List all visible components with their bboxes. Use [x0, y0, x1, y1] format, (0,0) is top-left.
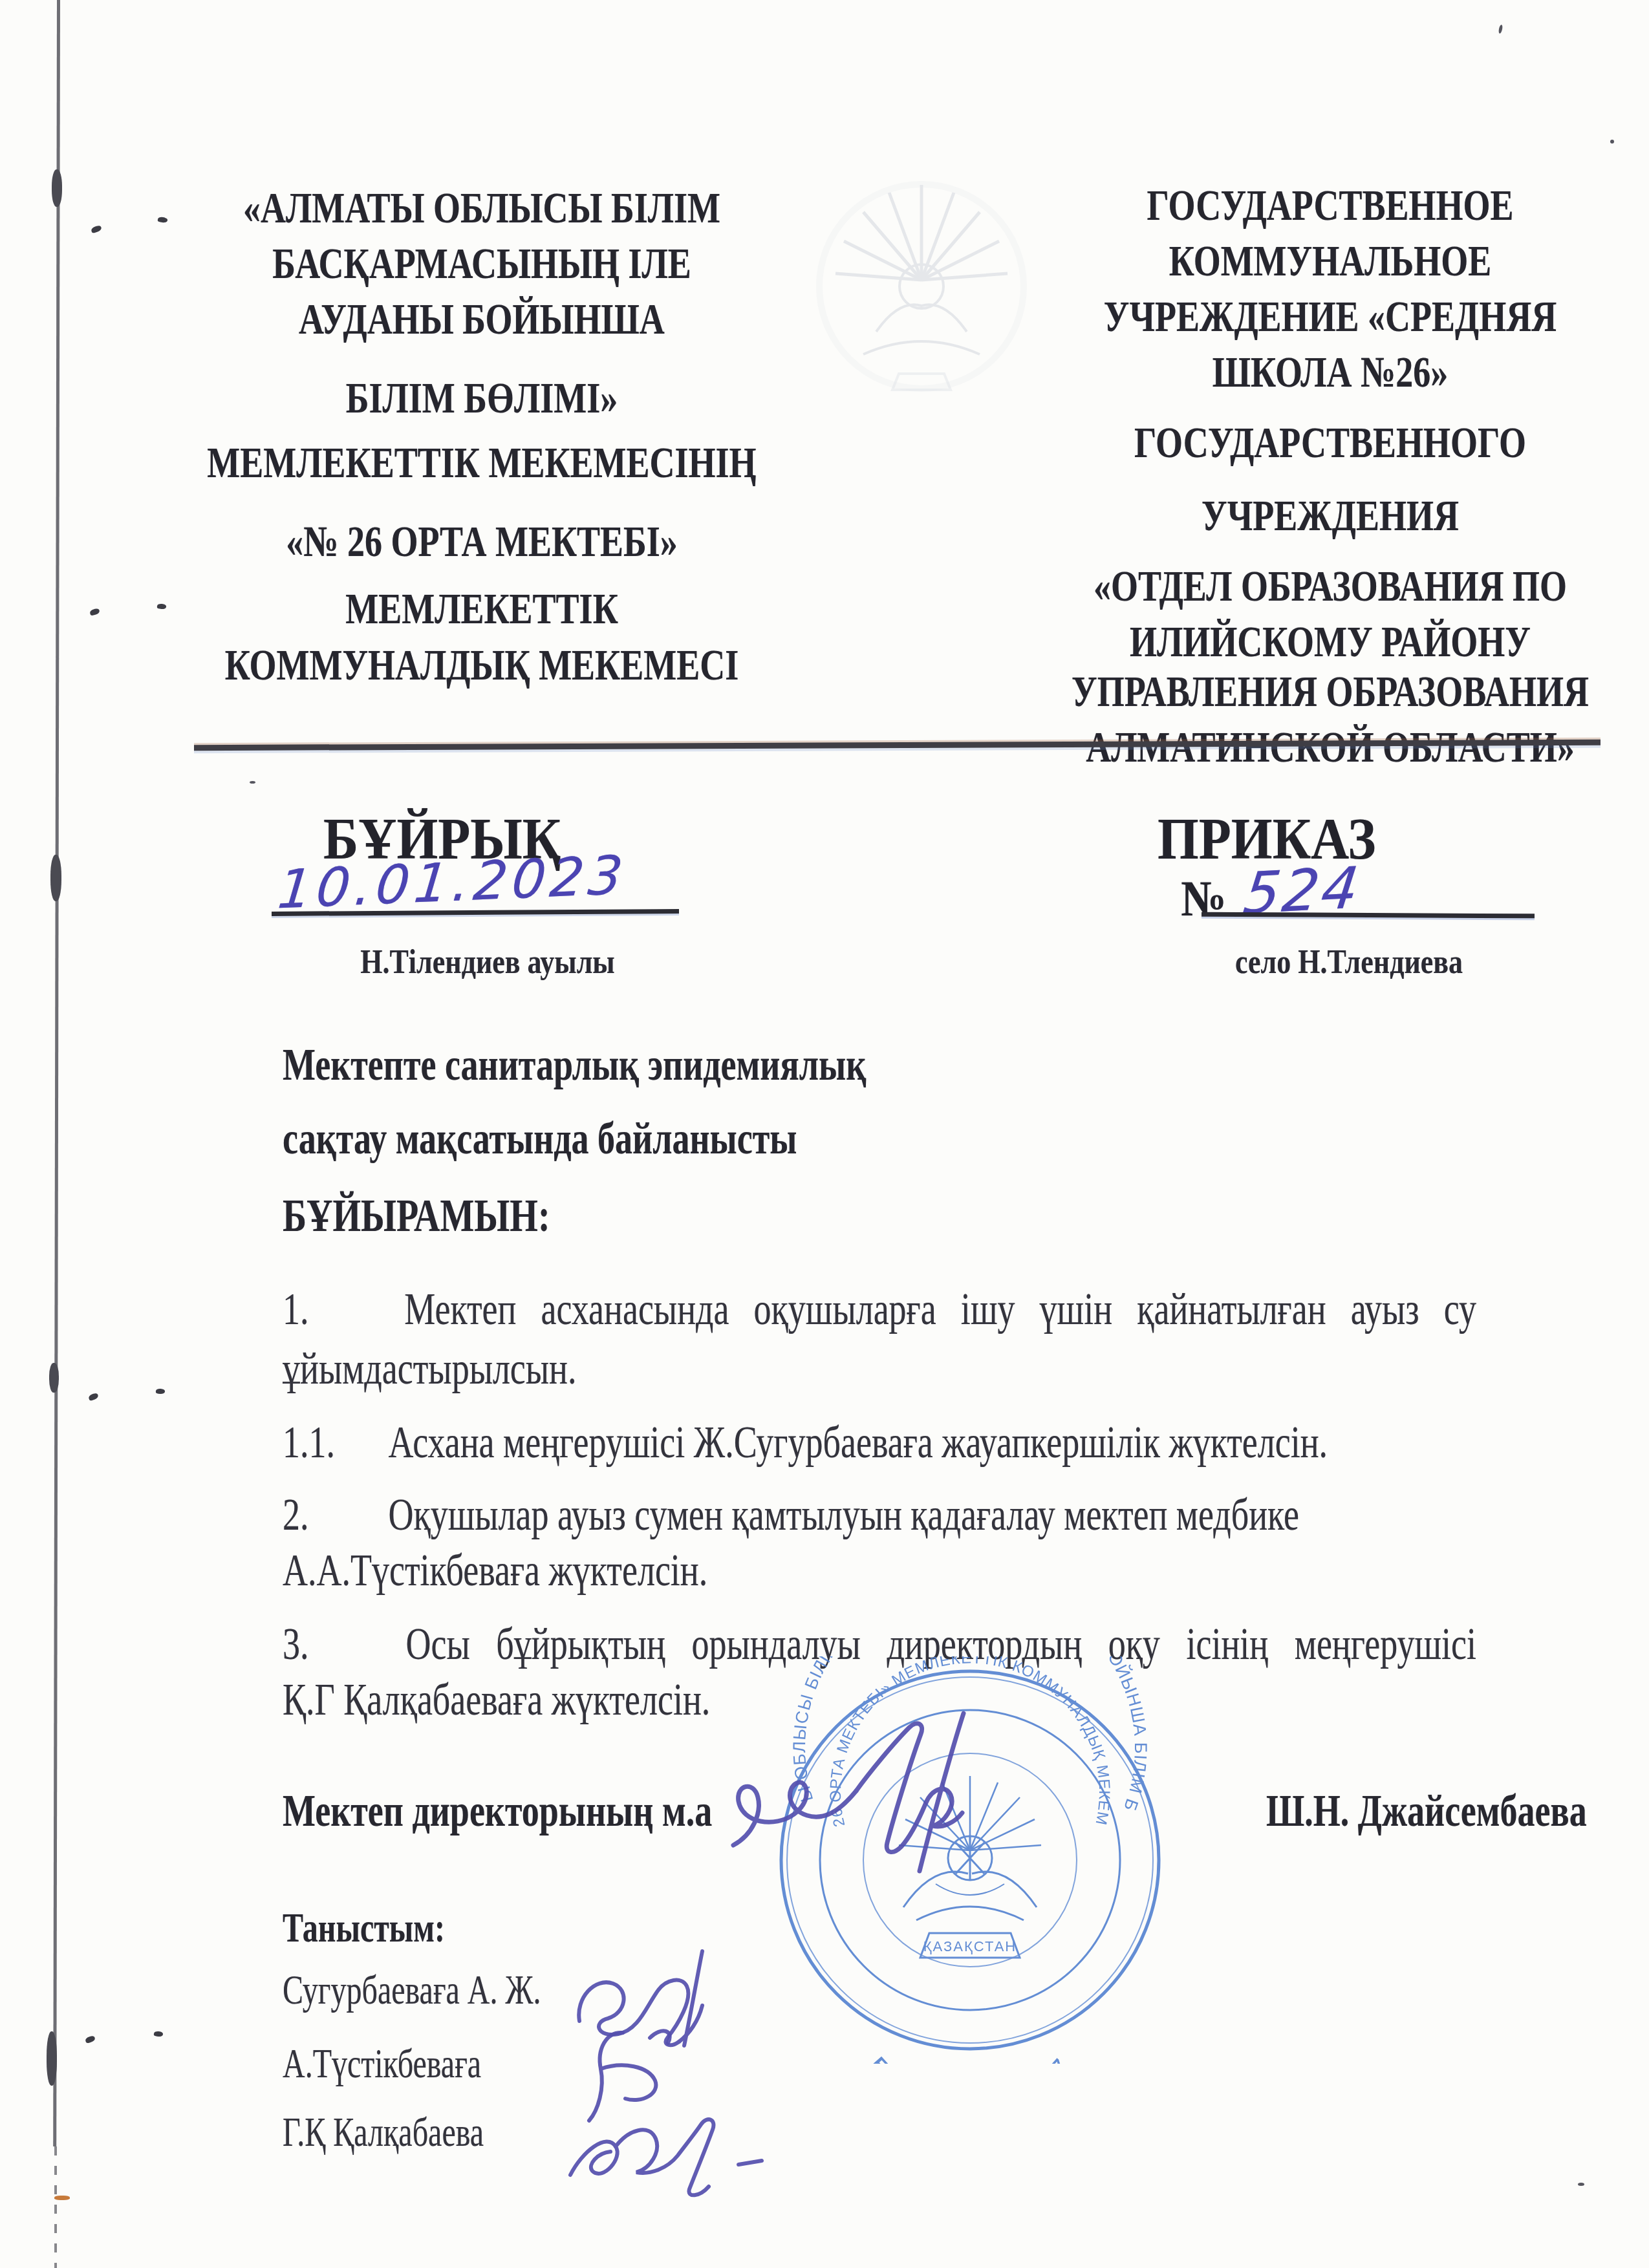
scan-speck	[156, 1388, 166, 1394]
order-item-1-line-1: 1. Мектеп асханасында оқушыларға ішу үші…	[283, 1287, 1476, 1332]
org-kk-line: МЕМЛЕКЕТТІК	[194, 587, 770, 631]
org-kk-line: БАСҚАРМАСЫНЫҢ ІЛЕ	[194, 242, 770, 286]
scan-speck	[91, 225, 102, 234]
ack-name-2: А.Түстікбеваға	[283, 2044, 1476, 2084]
ack-name-3: Г.Қ Қалқабаева	[283, 2113, 1476, 2153]
scan-speck	[157, 217, 167, 223]
place-kk: Н.Тілендиев ауылы	[294, 945, 682, 979]
state-emblem-watermark	[802, 167, 1041, 406]
org-kk-line: БІЛІМ БӨЛІМІ»	[194, 376, 770, 420]
director-name: Ш.Н. Джайсембаева	[1266, 1788, 1628, 1834]
scan-speck	[89, 608, 100, 616]
scan-speck	[1610, 140, 1614, 144]
scanned-order-document: «АЛМАТЫ ОБЛЫСЫ БІЛІМ БАСҚАРМАСЫНЫҢ ІЛЕ А…	[0, 0, 1649, 2268]
order-item-1-line-2: ұйымдастырылсын.	[283, 1346, 1476, 1391]
org-ru-line: УЧРЕЖДЕНИЯ	[1029, 494, 1631, 538]
ack-signature-3	[556, 2092, 776, 2202]
scan-speck	[157, 603, 167, 610]
org-ru-line: УПРАВЛЕНИЯ ОБРАЗОВАНИЯ	[1029, 670, 1631, 714]
org-kk-line: МЕМЛЕКЕТТІК МЕКЕМЕСІНІҢ	[194, 441, 770, 485]
scan-binding-line-dashed	[54, 2146, 57, 2268]
subject-line-2: сақтау мақсатында байланысты	[283, 1116, 1476, 1161]
item-text: Мектеп асханасында оқушыларға ішу үшін қ…	[404, 1284, 1476, 1334]
org-ru-line: ГОСУДАРСТВЕННОГО	[1029, 421, 1631, 465]
scan-speck	[250, 781, 255, 784]
order-item-2-line-1: 2. Оқушылар ауыз сумен қамтылуын қадағал…	[283, 1492, 1476, 1537]
order-item-1-1: 1.1. Асхана меңгерушісі Ж.Сугурбаеваға ж…	[283, 1420, 1476, 1465]
item-number: 2.	[283, 1492, 380, 1537]
scan-speck	[88, 1393, 99, 1402]
org-kk-line: «№ 26 ОРТА МЕКТЕБІ»	[194, 520, 770, 564]
org-kk-line: КОММУНАЛДЫҚ МЕКЕМЕСІ	[194, 643, 770, 687]
scan-speck	[1578, 2183, 1584, 2186]
ack-label: Таныстым:	[283, 1909, 1476, 1949]
org-kk-line: АУДАНЫ БОЙЫНША	[194, 297, 770, 341]
item-number: 1.	[283, 1287, 380, 1332]
org-ru-line: АЛМАТИНСКОЙ ОБЛАСТИ»	[1029, 725, 1631, 769]
number-sign: №	[1181, 874, 1226, 925]
place-ru: село Н.Тлендиева	[1155, 945, 1543, 979]
item-text: Оқушылар ауыз сумен қамтылуын қадағалау …	[389, 1490, 1299, 1540]
scan-speck	[85, 2035, 96, 2044]
item-number: 1.1.	[283, 1420, 380, 1465]
scan-speck	[153, 2031, 163, 2037]
subject-line-1: Мектепте санитарлық эпидемиялық	[283, 1042, 1476, 1087]
org-kk-line: «АЛМАТЫ ОБЛЫСЫ БІЛІМ	[194, 186, 770, 230]
org-ru-line: ШКОЛА №26»	[1029, 350, 1631, 394]
scan-blob	[52, 169, 62, 207]
item-number: 3.	[283, 1621, 380, 1667]
scan-blob	[49, 1363, 59, 1393]
org-ru-line: ГОСУДАРСТВЕННОЕ	[1029, 184, 1631, 228]
org-ru-line: ИЛИЙСКОМУ РАЙОНУ	[1029, 620, 1631, 664]
item-text: Асхана меңгерушісі Ж.Сугурбаеваға жауапк…	[389, 1417, 1328, 1468]
ack-name-1: Сугурбаеваға А. Ж.	[283, 1971, 1476, 2011]
org-ru-line: «ОТДЕЛ ОБРАЗОВАНИЯ ПО	[1029, 564, 1631, 608]
org-ru-line: КОММУНАЛЬНОЕ	[1029, 239, 1631, 283]
order-item-2-line-2: А.А.Түстікбеваға жүктелсін.	[283, 1548, 1476, 1593]
scan-blob	[47, 2031, 57, 2086]
org-ru-line: УЧРЕЖДЕНИЕ «СРЕДНЯЯ	[1029, 295, 1631, 339]
scan-speck	[1498, 25, 1503, 34]
director-signature	[724, 1708, 1061, 1876]
scan-binding-line	[53, 0, 60, 2146]
scan-blob	[50, 855, 61, 901]
order-verb: БҰЙЫРАМЫН:	[283, 1192, 1476, 1239]
scan-speck-orange	[54, 2196, 70, 2200]
